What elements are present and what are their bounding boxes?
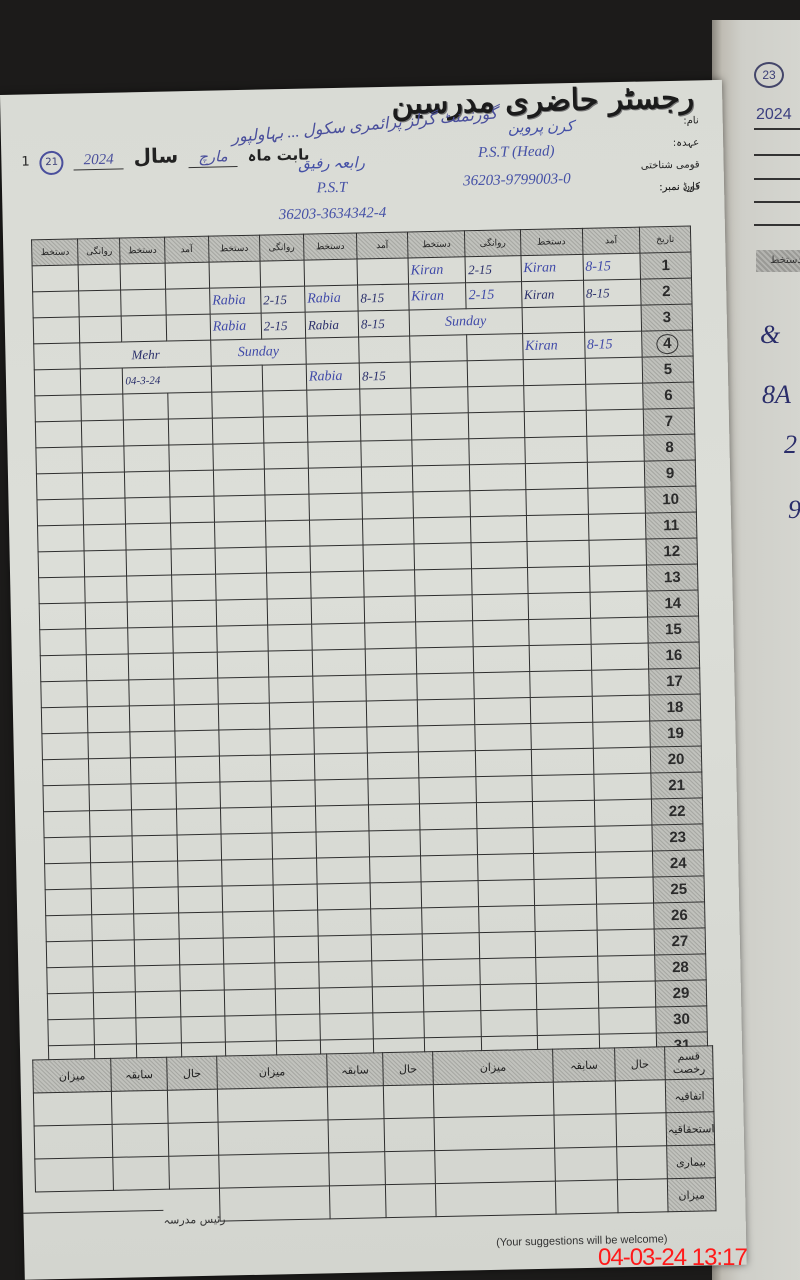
day-number: 1 — [640, 252, 691, 279]
t1-sign-in-header: دستخط — [520, 228, 582, 255]
next-page-signature-scribble: 2 — [784, 430, 797, 460]
teacher1-cnic: 36203-9799003-0 — [422, 170, 612, 191]
teacher2-designation: P.S.T — [242, 178, 422, 199]
camera-timestamp: 04-03-24 13:17 — [598, 1244, 747, 1272]
summary-t2-current: حال — [383, 1052, 434, 1086]
principal-label: رئیس مدرسہ — [163, 1213, 225, 1227]
t1-d1-sign-in: Kiran — [521, 254, 583, 281]
summary-t3-previous: سابقہ — [111, 1057, 168, 1091]
t2-d3-sign-out: Rabia — [210, 313, 261, 340]
t1-d2-arrival: 8-15 — [583, 279, 641, 306]
year-label: سال — [133, 143, 178, 168]
day-number: 13 — [647, 564, 698, 591]
t1-d1-departure: 2-15 — [465, 256, 521, 283]
summary-t3-total: میزان — [33, 1058, 112, 1093]
day-number: 5 — [642, 356, 693, 383]
label-cnic: قومی شناختی کارڈ نمبر: — [629, 154, 699, 177]
t2-d3-departure: 2-15 — [261, 312, 306, 339]
label-name: نام: — [628, 110, 698, 133]
t3-departure-header: روانگی — [78, 238, 121, 265]
day-number: 28 — [655, 954, 706, 981]
day-number: 21 — [651, 772, 702, 799]
summary-leave-type-label: قسم رخصت — [665, 1046, 714, 1080]
t1-d1-sign-out: Kiran — [408, 257, 466, 284]
day-number: 25 — [653, 876, 704, 903]
day-number: 8 — [644, 434, 695, 461]
day-number: 11 — [645, 512, 696, 539]
t1-d2-departure: 2-15 — [466, 282, 522, 309]
day-number-highlighted: 4 — [642, 330, 693, 357]
t1-d1-arrival: 8-15 — [583, 253, 641, 280]
day-number: 17 — [649, 668, 700, 695]
t2-sign-out-header: دستخط — [208, 235, 259, 262]
t3-arrival-header: آمد — [164, 236, 209, 263]
day-number: 30 — [656, 1006, 707, 1033]
date-header: تاریخ — [639, 226, 690, 253]
t3-signature-mehr: Mehr — [80, 340, 211, 369]
page-circled-number: 21 — [39, 151, 63, 175]
t2-d2-sign-out: Rabia — [209, 287, 260, 314]
teacher-info-labels: نام: عہدہ: قومی شناختی کارڈ نمبر: فون نم… — [628, 110, 700, 199]
teacher2-name: رابعہ رفیق — [241, 152, 421, 175]
summary-t2-previous: سابقہ — [327, 1053, 384, 1087]
next-page-signature-scribble: 8A — [762, 380, 791, 410]
day-number: 3 — [641, 304, 692, 331]
t2-d5-arrival: 8-15 — [359, 362, 410, 389]
summary-t3-current: حال — [167, 1056, 218, 1090]
day-number: 9 — [644, 460, 695, 487]
day-number: 2 — [641, 278, 692, 305]
day-number: 7 — [643, 408, 694, 435]
t1-d3-sunday-note: Sunday — [409, 308, 522, 336]
t1-departure-header: روانگی — [465, 230, 521, 257]
day-number: 20 — [650, 746, 701, 773]
day-number: 19 — [650, 720, 701, 747]
day-number: 10 — [645, 486, 696, 513]
t1-d2-sign-in: Kiran — [521, 280, 583, 307]
day-number: 18 — [649, 694, 700, 721]
summary-t1-current: حال — [615, 1047, 666, 1081]
t3-sign-in-header: دستخط — [120, 237, 165, 264]
t1-d2-sign-out: Kiran — [408, 283, 466, 310]
t2-sign-in-header: دستخط — [303, 233, 357, 260]
t2-departure-header: روانگی — [259, 234, 304, 261]
next-page-signature-scribble: 9 — [788, 495, 800, 525]
day-number: 16 — [648, 642, 699, 669]
day-number: 29 — [655, 980, 706, 1007]
summary-label-earned: استحقاقیہ — [666, 1112, 715, 1146]
t2-d3-arrival: 8-15 — [358, 310, 409, 337]
label-designation: عہدہ: — [629, 132, 699, 155]
month-value: مارچ — [188, 147, 238, 168]
day-number: 27 — [654, 928, 705, 955]
day-number: 12 — [646, 538, 697, 565]
t1-d4-sign-in: Kiran — [522, 332, 584, 359]
t2-d2-departure: 2-15 — [260, 286, 305, 313]
t2-d2-sign-in: Rabia — [305, 285, 359, 312]
page-number: 1 — [21, 154, 30, 169]
next-page-signature-header: دستخط — [756, 250, 800, 272]
year-value: 2024 — [74, 151, 124, 170]
leave-summary-table: میزان سابقہ حال میزان سابقہ حال میزان سا… — [32, 1045, 716, 1225]
day-number: 15 — [648, 616, 699, 643]
day-number: 14 — [647, 590, 698, 617]
teacher2-cnic: 36203-3634342-4 — [242, 204, 422, 225]
label-phone: فون نمبر: — [630, 176, 700, 199]
day-number: 6 — [643, 382, 694, 409]
day-number: 23 — [652, 824, 703, 851]
t2-d4-sunday-note: Sunday — [211, 338, 307, 366]
t2-d2-arrival: 8-15 — [358, 284, 409, 311]
day-number: 22 — [651, 798, 702, 825]
summary-label-sick: بیماری — [667, 1145, 716, 1179]
next-page-signature-scribble: & — [760, 320, 780, 350]
t2-d3-sign-in: Rabia — [305, 311, 359, 338]
t2-d5-sign-in: Rabia — [306, 363, 360, 390]
next-page-year: 2024 — [756, 106, 792, 124]
summary-label-casual: اتفاقیہ — [665, 1079, 714, 1113]
teacher1-designation: P.S.T (Head) — [421, 142, 611, 163]
t1-sign-out-header: دستخط — [407, 231, 465, 258]
t3-sign-out-header: دستخط — [32, 239, 79, 266]
t3-note-date: 04-3-24 — [123, 366, 212, 394]
teacher1-name: کرن پروین — [451, 116, 631, 139]
day-number: 24 — [653, 850, 704, 877]
summary-t1-previous: سابقہ — [553, 1048, 616, 1082]
next-page-number: 23 — [754, 62, 784, 88]
summary-label-total: میزان — [667, 1178, 716, 1212]
attendance-register-page: رجسٹر حاضری مدرسین گورنمنٹ گرلز پرائمری … — [0, 80, 747, 1280]
t1-arrival-header: آمد — [582, 227, 640, 254]
summary-t1-total: میزان — [433, 1049, 554, 1085]
t1-d4-arrival: 8-15 — [584, 331, 642, 358]
day-number: 26 — [654, 902, 705, 929]
t2-arrival-header: آمد — [357, 232, 408, 259]
attendance-grid: دستخط روانگی دستخط آمد دستخط روانگی دستخ… — [31, 226, 708, 1073]
summary-t2-total: میزان — [217, 1054, 328, 1089]
